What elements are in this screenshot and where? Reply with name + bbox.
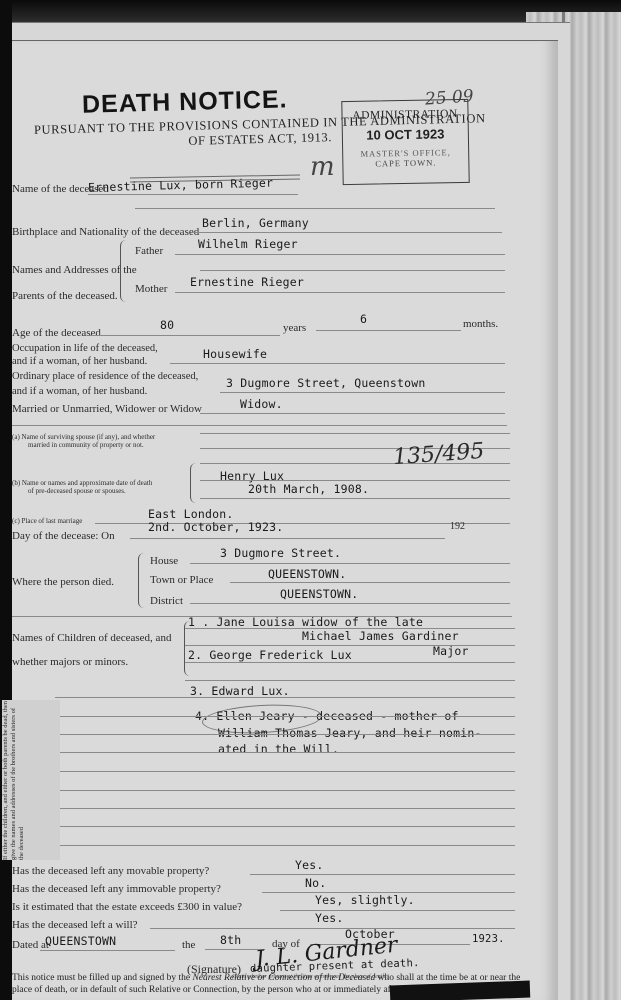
children-rule — [185, 645, 515, 646]
predeceased-label-1: (b) Name or names and approximate date o… — [12, 479, 152, 487]
stamp-line1: ADMINISTRATION — [342, 108, 467, 122]
date-of-death-rule — [130, 538, 445, 539]
children-rule — [55, 826, 515, 827]
children-rule — [55, 716, 515, 717]
children-rule — [55, 808, 515, 809]
occupation-value: Housewife — [203, 347, 267, 361]
date-of-death-value: 2nd. October, 1923. — [148, 520, 283, 534]
age-years-rule — [90, 335, 280, 336]
stamp-date: 10 OCT 1923 — [343, 126, 468, 143]
district-rule — [190, 603, 510, 604]
movable-property-label: Has the deceased left any movable proper… — [12, 865, 209, 877]
birthplace-rule — [192, 232, 502, 233]
date-of-death-label: Day of the decease: On — [12, 530, 115, 542]
dated-place-rule — [40, 950, 175, 951]
residence-value: 3 Dugmore Street, Queenstown — [226, 376, 425, 390]
rule — [200, 498, 510, 499]
surviving-spouse-label-1: (a) Name of surviving spouse (if any), a… — [12, 433, 155, 441]
parents-label-1: Names and Addresses of the — [12, 264, 137, 276]
place-of-death-brace — [138, 553, 145, 608]
birthplace-label: Birthplace and Nationality of the deceas… — [12, 226, 199, 238]
immovable-property-value: No. — [305, 876, 326, 890]
children-rule — [55, 790, 515, 791]
residence-label-2: and if a woman, of her husband. — [12, 386, 147, 397]
children-rule — [55, 697, 515, 698]
predeceased-label-2: of pre-deceased spouse or spouses. — [28, 487, 126, 495]
age-label: Age of the deceased — [12, 327, 101, 339]
house-rule — [190, 563, 510, 564]
children-rule — [55, 752, 515, 753]
children-rule — [185, 680, 515, 681]
place-of-death-label: Where the person died. — [12, 576, 114, 588]
child-1-line2: Michael James Gardiner — [302, 629, 459, 643]
house-label: House — [150, 555, 178, 567]
dated-year: 1923. — [472, 933, 505, 945]
children-rule — [55, 845, 515, 846]
birthplace-value: Berlin, Germany — [202, 216, 309, 230]
surviving-spouse-rule — [200, 433, 510, 434]
house-value: 3 Dugmore Street. — [220, 546, 341, 560]
marital-rule — [200, 413, 505, 414]
child-2-status: Major — [433, 644, 469, 658]
father-rule-2 — [200, 270, 505, 271]
marital-value: Widow. — [240, 397, 283, 411]
will-value: Yes. — [315, 911, 344, 925]
occupation-label-1: Occupation in life of the deceased, — [12, 343, 158, 354]
last-marriage-label: (c) Place of last marriage — [12, 517, 82, 525]
document-title: DEATH NOTICE. — [82, 85, 288, 119]
name-rule — [88, 194, 298, 195]
mother-label: Mother — [135, 283, 167, 295]
handwritten-initial: m — [310, 152, 335, 182]
footer-text-italic: Nearest Relative or Connection of the De… — [192, 973, 375, 983]
estate-exceeds-value: Yes, slightly. — [315, 893, 415, 907]
rule — [200, 480, 510, 481]
will-rule — [150, 928, 515, 929]
children-label-2: whether majors or minors. — [12, 656, 128, 668]
mother-value: Ernestine Rieger — [190, 275, 304, 289]
parents-label-2: Parents of the deceased. — [12, 290, 118, 302]
children-rule — [55, 771, 515, 772]
movable-property-value: Yes. — [295, 858, 324, 872]
town-label: Town or Place — [150, 574, 213, 586]
will-label: Has the deceased left a will? — [12, 919, 138, 931]
occupation-rule — [170, 363, 505, 364]
predeceased-date: 20th March, 1908. — [248, 482, 369, 496]
district-label: District — [150, 595, 183, 607]
children-label-1: Names of Children of deceased, and — [12, 632, 171, 644]
footer-text-a: This notice must be filled up and signed… — [12, 973, 192, 983]
child-4-line2: William Thomas Jeary, and heir nomin- — [218, 726, 482, 740]
movable-property-rule — [250, 874, 515, 875]
dated-the-label: the — [182, 939, 195, 951]
dated-place: QUEENSTOWN — [45, 934, 116, 948]
masters-office-stamp: ADMINISTRATION 10 OCT 1923 MASTER'S OFFI… — [341, 99, 469, 185]
age-months-value: 6 — [360, 312, 367, 326]
years-label: years — [283, 322, 306, 334]
immovable-property-label: Has the deceased left any immovable prop… — [12, 883, 221, 895]
father-value: Wilhelm Rieger — [198, 237, 298, 251]
children-rule — [185, 628, 515, 629]
district-value: QUEENSTOWN. — [280, 587, 358, 601]
father-rule — [175, 254, 505, 255]
rule — [12, 425, 507, 426]
surviving-spouse-label-2: married in community of property or not. — [28, 441, 144, 449]
town-value: QUEENSTOWN. — [268, 567, 346, 581]
dated-day: 8th — [220, 933, 241, 947]
children-rule — [185, 662, 515, 663]
child-3-line1: 3. Edward Lux. — [190, 684, 290, 698]
residence-label-1: Ordinary place of residence of the decea… — [12, 371, 198, 382]
last-marriage-value: East London. — [148, 507, 233, 521]
date-suffix: 192 — [450, 521, 465, 532]
children-rule — [55, 734, 515, 735]
marital-label: Married or Unmarried, Widower or Widow — [12, 403, 202, 415]
child-2-line1: 2. George Frederick Lux — [188, 648, 352, 662]
child-4-line3: ated in the Will. — [218, 742, 339, 756]
town-rule — [230, 582, 510, 583]
father-label: Father — [135, 245, 163, 257]
mother-rule — [175, 292, 505, 293]
age-months-rule — [316, 330, 461, 331]
children-side-note: If either the children, and either or bo… — [2, 700, 60, 860]
rule — [135, 208, 495, 209]
child-1-line1: 1 . Jane Louisa widow of the late — [188, 615, 423, 629]
months-label: months. — [463, 318, 498, 330]
predeceased-brace — [190, 463, 197, 503]
estate-exceeds-label: Is it estimated that the estate exceeds … — [12, 901, 242, 913]
occupation-label-2: and if a woman, of her husband. — [12, 356, 147, 367]
age-years-value: 80 — [160, 318, 174, 332]
residence-rule — [220, 392, 505, 393]
